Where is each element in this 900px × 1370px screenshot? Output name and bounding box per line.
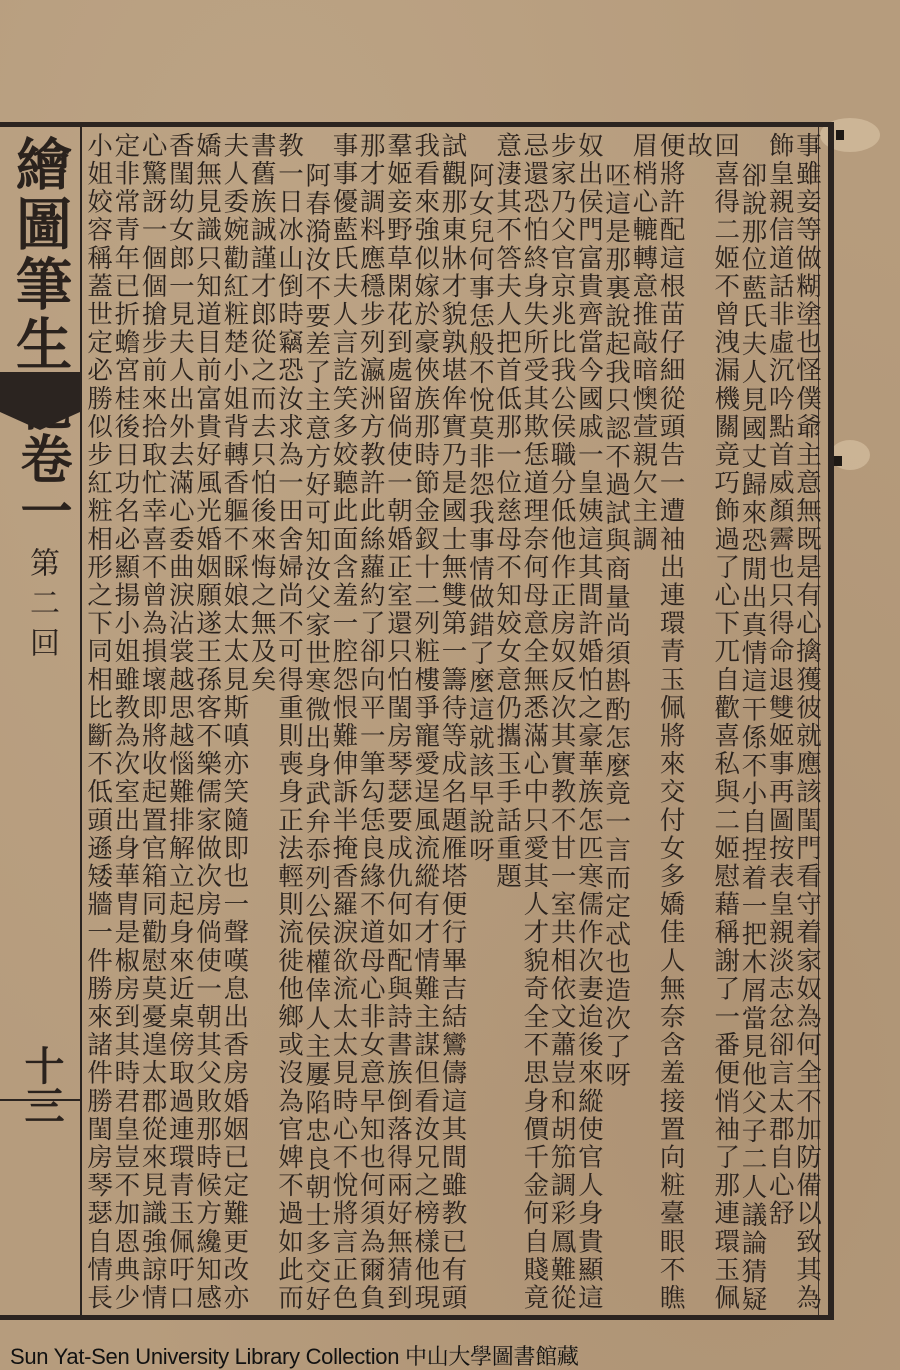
- text-column: 故: [686, 132, 713, 1310]
- text-column: 我看來強似嫁於豪俠族那時節金釵十二列粧樓爭寵愛逞風流縱有才情難主謀但看汝兄之榜樣…: [413, 132, 440, 1310]
- center-fold-margin: 繪圖筆生花 卷一 第二回 十三: [0, 127, 82, 1315]
- text-column: 飾皇親信道話非虛沉吟點首威顏霽也只得命退雙姬事再圖按表皇親淡志忿卻言太郡自心舒: [767, 132, 794, 1310]
- chapter-label: 第二回: [14, 547, 68, 667]
- text-column: 事雖妾等做糊塗也怪僕爺主意無既是有心擒獲彼就應該閨門看守着家奴為何全不加防備以致…: [795, 132, 822, 1310]
- library-collection-caption: Sun Yat-Sen University Library Collectio…: [10, 1340, 579, 1370]
- volume-label: 卷一: [4, 432, 78, 536]
- text-column: 定非常青年已折蟾宮桂後日功名必顯揚小姐雖教為次室出身華胄是椒房到其時君皇豈不加恩…: [113, 132, 140, 1310]
- vertical-text-body: 事雖妾等做糊塗也怪僕爺主意無既是有心擒獲彼就應該閨門看守着家奴為何全不加防備以致…: [86, 132, 822, 1310]
- fish-tail-mark: [0, 372, 80, 412]
- text-column: 忌還恐怕終身失所受其欺恁道理奈何母意全無悉滿心中只愛其人才貌奇全不思身價千金何自…: [522, 132, 549, 1310]
- scanned-book-page: 繪圖筆生花 卷一 第二回 十三 事雖妾等做糊塗也怪僕爺主意無既是有心擒獲彼就應該…: [0, 0, 900, 1370]
- text-column: 書舊族誠謹才郎從之而去只怕後來悔之無及矣: [249, 132, 276, 1310]
- text-column: 回喜得二姬不曾洩漏機關竟巧飾過了心下兀自歡喜私與二姬慰藉稱謝了一番便悄袖了那連環…: [713, 132, 740, 1310]
- text-column: 嬌無見識只知道目前富貴好風光婚姻願遂王孫客不樂儒家做次房倘使一朝其父敗那時候方纔…: [195, 132, 222, 1310]
- text-column: 心驚訝一個個搶步前來拾取忙幸喜不曾為損壞即將收起置官箱同勸慰莫憂遑太郡從來見識強…: [140, 132, 167, 1310]
- text-column: 夫人委婉勸紅粧楚小姐背轉香軀不睬娘太太見斯嗔亦笑隨即也一聲嘆息出香房婚姻已定難更…: [222, 132, 249, 1310]
- text-column: 那才調料應穩步列瀛洲方教許此絲蘿約了卻向平一筆勾恁良緣不道母心非女意早知也何須為…: [358, 132, 385, 1310]
- text-column: 阿春漪汝不要差了主意方好可知汝父家世寒微出身武弁忝列公侯權倖人主屢陷忠良朝士多交…: [304, 132, 331, 1310]
- text-column: 意淒其不答夫人把首低那一位慈母不知姣女意仍攜玉手話重題: [495, 132, 522, 1310]
- text-column: 奴出侯門富貴齊當今國戚一皇姨這其間許婚怕之豪華族怎匹寒儒作次妻迨後來縱使官人身貴…: [577, 132, 604, 1310]
- text-column: 試觀那東牀才貌孰堪侔實乃是國士無雙第一籌待等成名題雁塔便行畢吉結鸞儔這其間雖教已…: [440, 132, 467, 1310]
- text-column: 步家乃父官京兆比我公侯職分低他作正房奴反次其實教不甘一室共相依文蕭豈和胡笳調彩鳳…: [549, 132, 576, 1310]
- text-column: 羣姬妾野草閑花到處留倘使一朝婚正室還只怕閨房琴瑟要成仇何如配與詩書族倒落得兩好無…: [386, 132, 413, 1310]
- page-number: 十三: [4, 1045, 78, 1125]
- text-column: 教一日冰山倒時竊恐汝求為一田舍婦尚不可得重則喪身正法輕則流徙他鄉或沒為官婢不過如…: [277, 132, 304, 1310]
- text-column: 便將許配這根苗仔細從頭告一遭袖出連環青玉佩將來交付女多嬌佳人無奈含羞接置向粧臺眼…: [658, 132, 685, 1310]
- text-column: 小姐姣容稱蓋世定必勝似步紅粧相形之下同相比斷不低頭遜矮牆一件勝來諸件勝閨房琴瑟自…: [86, 132, 113, 1310]
- text-column: 卻說那位藍氏夫人見國丈歸來恐閒出真情這干係不小自捏着一把木屑當見他父子二人議論猜…: [740, 132, 767, 1310]
- text-column: 呸這是那裏說起我只認不過試與商量尚須斟酌怎麼竟一言而定忒也造次了呀: [604, 132, 631, 1310]
- worm-hole: [836, 130, 844, 140]
- text-column: 眉梢心轆轉意推敲暗懊萱親欠主調: [631, 132, 658, 1310]
- text-column: 事事優藍氏夫人言訖笑多姣聽此面含羞一腔怨恨難伸訴半掩香羅淚欲流太太見時心不悅將言…: [331, 132, 358, 1310]
- text-column: 阿女兒何事恁般不悅莫非怨我事情做錯了麼這就該早說呀: [468, 132, 495, 1310]
- text-column: 香閨幼女郎一見夫人出外去滿心委曲淚沾裳越思越惱難排解立起身來近桌傍取過連環青玉佩…: [168, 132, 195, 1310]
